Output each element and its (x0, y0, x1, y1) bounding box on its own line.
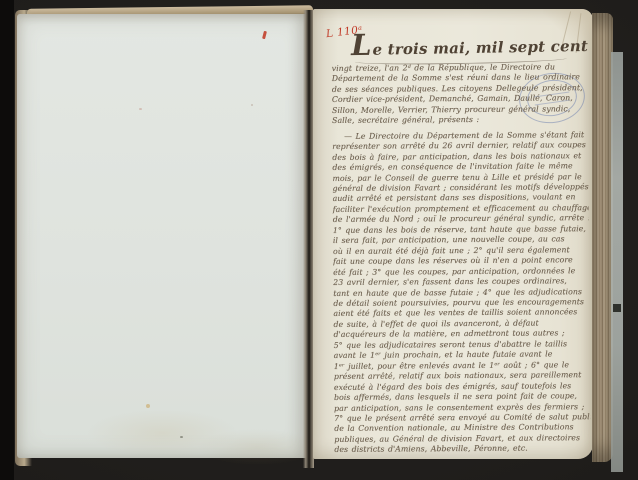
manuscript-line: des districts d'Amiens, Abbeville, Péron… (334, 443, 590, 455)
right-manuscript-page: L 110ᵃ Le trois mai, mil sept cent quatr… (313, 9, 593, 459)
scanner-edge-strip (611, 52, 623, 472)
scanner-strip-mark (613, 304, 621, 312)
manuscript-text-block: vingt treize, l'an 2ᵈ de la République, … (332, 62, 591, 456)
paper-speck (251, 104, 253, 106)
paper-speck (139, 108, 142, 110)
book-fore-edge-pages (592, 13, 613, 462)
scan-background-strip (0, 0, 14, 480)
paper-speck (146, 404, 150, 408)
manuscript-line: aient été faits et que les ventes de tai… (333, 308, 589, 320)
manuscript-line: Salle, secrétaire général, présents : (332, 114, 588, 126)
left-blank-page (17, 14, 308, 458)
page-stain (197, 429, 317, 465)
red-ink-speck (262, 31, 267, 39)
scanned-book-spread: L 110ᵃ Le trois mai, mil sept cent quatr… (0, 0, 638, 480)
